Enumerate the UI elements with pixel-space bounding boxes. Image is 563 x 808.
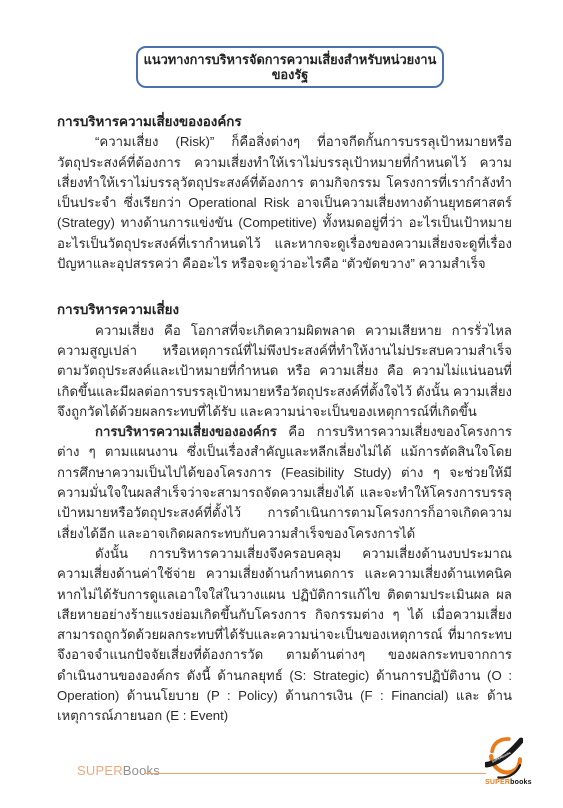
publisher-logo-text: SUPERbooks: [485, 779, 529, 786]
paragraph-lead: การบริหารความเสี่ยงขององค์กร: [95, 424, 277, 439]
document-body: การบริหารความเสี่ยงขององค์กร “ความเสี่ยง…: [57, 112, 512, 727]
section-heading-risk-of-organization: การบริหารความเสี่ยงขององค์กร: [57, 112, 512, 132]
paragraph-text: ความเสี่ยง คือ โอกาสที่จะเกิดความผิดพลาด…: [57, 323, 512, 419]
paragraph: การบริหารความเสี่ยงขององค์กร คือ การบริห…: [57, 422, 512, 544]
paragraph-text: “ความเสี่ยง (Risk)” ก็คือสิ่งต่างๆ ที่อา…: [57, 134, 512, 271]
logo-text-books: books: [510, 779, 532, 786]
document-title: แนวทางการบริหารจัดการความเสี่ยงสำหรับหน่…: [138, 52, 442, 83]
footer-brand-books: Books: [123, 763, 160, 778]
paragraph: “ความเสี่ยง (Risk)” ก็คือสิ่งต่างๆ ที่อา…: [57, 132, 512, 274]
paragraph: ดังนั้น การบริหารความเสี่ยงจึงครอบคลุม ค…: [57, 544, 512, 727]
paragraph: ความเสี่ยง คือ โอกาสที่จะเกิดความผิดพลาด…: [57, 321, 512, 422]
section-heading-risk-management: การบริหารความเสี่ยง: [57, 300, 512, 320]
logo-text-super: SUPER: [485, 779, 510, 786]
paragraph-text: คือ การบริหารความเสี่ยงของโครงการต่าง ๆ …: [57, 424, 512, 540]
publisher-logo: SUPERbooks SUPERbooks: [485, 737, 529, 793]
document-title-box: แนวทางการบริหารจัดการความเสี่ยงสำหรับหน่…: [136, 46, 444, 88]
paragraph-text: ดังนั้น การบริหารความเสี่ยงจึงครอบคลุม ค…: [57, 546, 512, 723]
footer-divider-line: [144, 773, 486, 774]
document-page: แนวทางการบริหารจัดการความเสี่ยงสำหรับหน่…: [0, 0, 563, 808]
footer-brand-super: SUPER: [77, 763, 123, 778]
footer-brand-text: SUPERBooks: [77, 763, 160, 778]
swoosh-logo-icon: SUPERbooks: [485, 737, 529, 779]
